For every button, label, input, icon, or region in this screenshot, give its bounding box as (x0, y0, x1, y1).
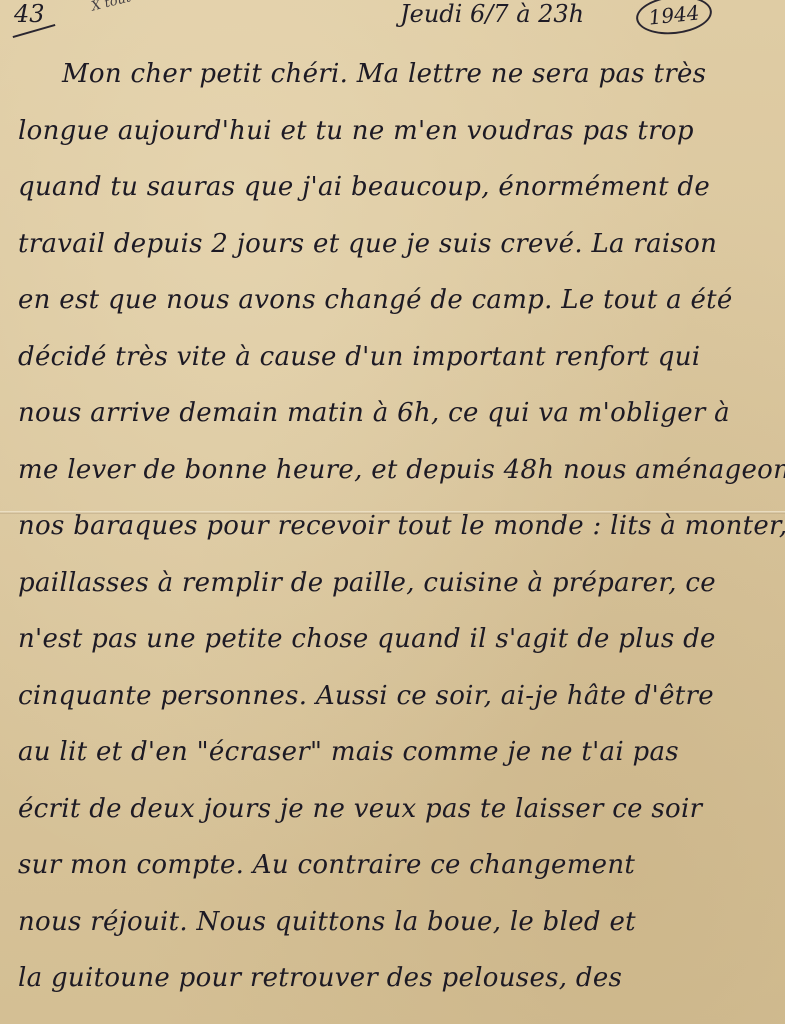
letter-line: en est que nous avons changé de camp. Le… (18, 272, 768, 329)
page-number: 43 (14, 0, 45, 28)
letter-line: la guitoune pour retrouver des pelouses,… (18, 950, 768, 1007)
letter-line: sur mon compte. Au contraire ce changeme… (18, 837, 768, 894)
letter-line: n'est pas une petite chose quand il s'ag… (18, 611, 768, 668)
letter-line: nos baraques pour recevoir tout le monde… (18, 498, 768, 555)
letter-line: paillasses à remplir de paille, cuisine … (18, 555, 768, 612)
letter-line: me lever de bonne heure, et depuis 48h n… (18, 442, 768, 499)
letter-body: Mon cher petit chéri. Ma lettre ne sera … (18, 46, 768, 1007)
circled-year: 1944 (634, 0, 714, 38)
letter-line: écrit de deux jours je ne veux pas te la… (18, 781, 768, 838)
letter-line: travail depuis 2 jours et que je suis cr… (18, 216, 768, 273)
letter-line: nous arrive demain matin à 6h, ce qui va… (18, 385, 768, 442)
date-line: Jeudi 6/7 à 23h (400, 0, 584, 28)
year-text: 1944 (647, 0, 700, 29)
margin-scribble: X tout est bien remplacé, j'imagine ici (90, 0, 381, 39)
letter-page: 43 X tout est bien remplacé, j'imagine i… (0, 0, 785, 1024)
letter-line: nous réjouit. Nous quittons la boue, le … (18, 894, 768, 951)
letter-line: Mon cher petit chéri. Ma lettre ne sera … (18, 46, 768, 103)
letter-line: quand tu sauras que j'ai beaucoup, énorm… (18, 159, 768, 216)
letter-line: au lit et d'en "écraser" mais comme je n… (18, 724, 768, 781)
letter-line: cinquante personnes. Aussi ce soir, ai-j… (18, 668, 768, 725)
letter-line: longue aujourd'hui et tu ne m'en voudras… (18, 103, 768, 160)
letter-line: décidé très vite à cause d'un important … (18, 329, 768, 386)
